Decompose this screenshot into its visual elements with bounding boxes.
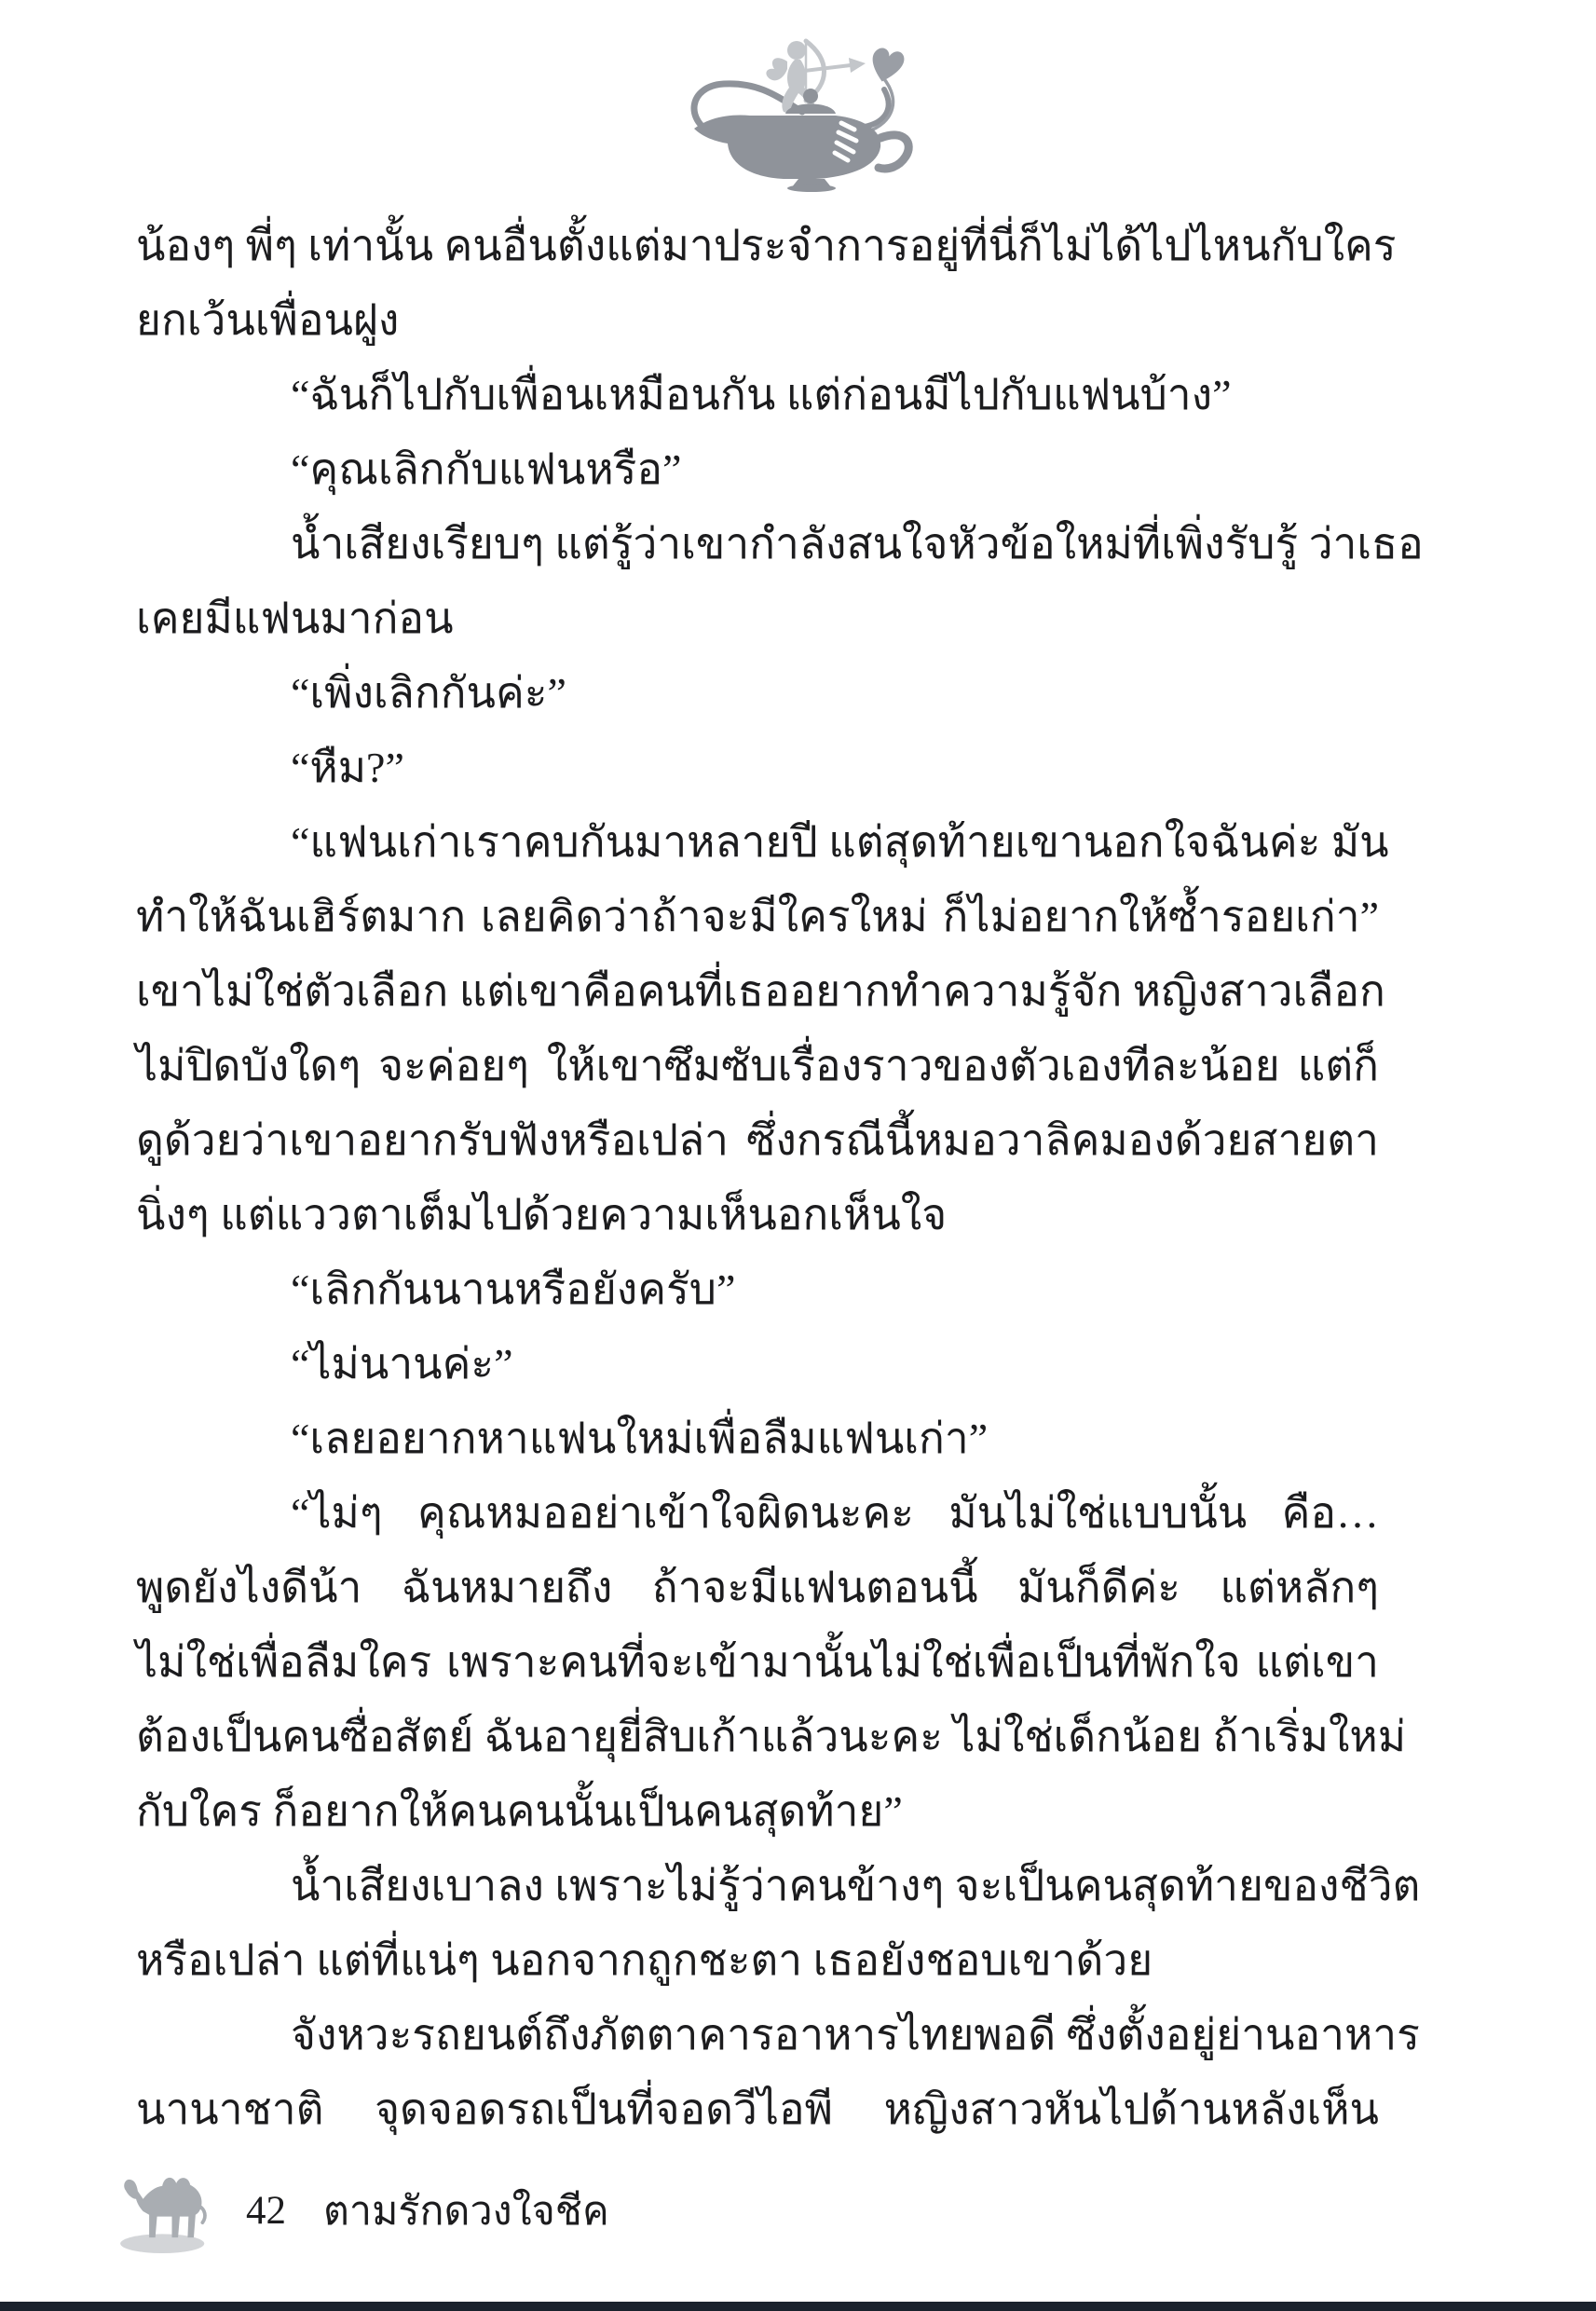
text-line: กับใคร ก็อยากให้คนคนนั้นเป็นคนสุดท้าย” bbox=[136, 1774, 1379, 1849]
text-line: นานาชาติ จุดจอดรถเป็นที่จอดวีไอพี หญิงสา… bbox=[136, 2072, 1379, 2147]
text-line: ต้องเป็นคนซื่อสัตย์ ฉันอายุยี่สิบเก้าแล้… bbox=[136, 1700, 1379, 1774]
text-line: น้ำเสียงเรียบๆ แต่รู้ว่าเขากำลังสนใจหัวข… bbox=[136, 507, 1379, 581]
page-body-text: น้องๆ พี่ๆ เท่านั้น คนอื่นตั้งแต่มาประจำ… bbox=[136, 209, 1379, 2147]
text-line: น้ำเสียงเบาลง เพราะไม่รู้ว่าคนข้างๆ จะเป… bbox=[136, 1849, 1379, 1923]
text-line: ยกเว้นเพื่อนฝูง bbox=[136, 283, 1379, 358]
page-number: 42 bbox=[246, 2188, 286, 2234]
text-line: “คุณเลิกกับแฟนหรือ” bbox=[136, 432, 1379, 507]
text-line: ไม่ปิดบังใดๆ จะค่อยๆ ให้เขาซึมซับเรื่องร… bbox=[136, 1029, 1379, 1103]
cupid-genie-lamp-ornament bbox=[659, 34, 938, 192]
text-line: “เพิ่งเลิกกันค่ะ” bbox=[136, 656, 1379, 731]
text-line: เคยมีแฟนมาก่อน bbox=[136, 581, 1379, 656]
text-line: ทำให้ฉันเฮิร์ตมาก เลยคิดว่าถ้าจะมีใครใหม… bbox=[136, 880, 1379, 954]
text-line: “ไม่นานค่ะ” bbox=[136, 1327, 1379, 1402]
text-line: พูดยังไงดีน้า ฉันหมายถึง ถ้าจะมีแฟนตอนนี… bbox=[136, 1551, 1379, 1625]
page-edge-bar bbox=[0, 2302, 1596, 2311]
text-line: “เลยอยากหาแฟนใหม่เพื่อลืมแฟนเก่า” bbox=[136, 1402, 1379, 1476]
text-line: “เลิกกันนานหรือยังครับ” bbox=[136, 1252, 1379, 1327]
text-line: เขาไม่ใช่ตัวเลือก แต่เขาคือคนที่เธออยากท… bbox=[136, 954, 1379, 1029]
book-title: ตามรักดวงใจชีค bbox=[323, 2179, 609, 2242]
cupid-genie-lamp-icon bbox=[659, 34, 938, 192]
text-line: “ไม่ๆ คุณหมออย่าเข้าใจผิดนะคะ มันไม่ใช่แ… bbox=[136, 1476, 1379, 1551]
text-line: “ฉันก็ไปกับเพื่อนเหมือนกัน แต่ก่อนมีไปกั… bbox=[136, 358, 1379, 432]
text-line: จังหวะรถยนต์ถึงภัตตาคารอาหารไทยพอดี ซึ่ง… bbox=[136, 1998, 1379, 2072]
text-line: “แฟนเก่าเราคบกันมาหลายปี แต่สุดท้ายเขานอ… bbox=[136, 805, 1379, 880]
text-line: น้องๆ พี่ๆ เท่านั้น คนอื่นตั้งแต่มาประจำ… bbox=[136, 209, 1379, 283]
text-line: นิ่งๆ แต่แววตาเต็มไปด้วยความเห็นอกเห็นใจ bbox=[136, 1178, 1379, 1252]
text-line: ไม่ใช่เพื่อลืมใคร เพราะคนที่จะเข้ามานั้น… bbox=[136, 1625, 1379, 1700]
page-footer: 42 ตามรักดวงใจชีค bbox=[108, 2162, 609, 2259]
text-line: “หืม?” bbox=[136, 731, 1379, 805]
camel-icon bbox=[108, 2162, 222, 2259]
text-line: หรือเปล่า แต่ที่แน่ๆ นอกจากถูกชะตา เธอยั… bbox=[136, 1923, 1379, 1998]
text-line: ดูด้วยว่าเขาอยากรับฟังหรือเปล่า ซึ่งกรณี… bbox=[136, 1103, 1379, 1178]
